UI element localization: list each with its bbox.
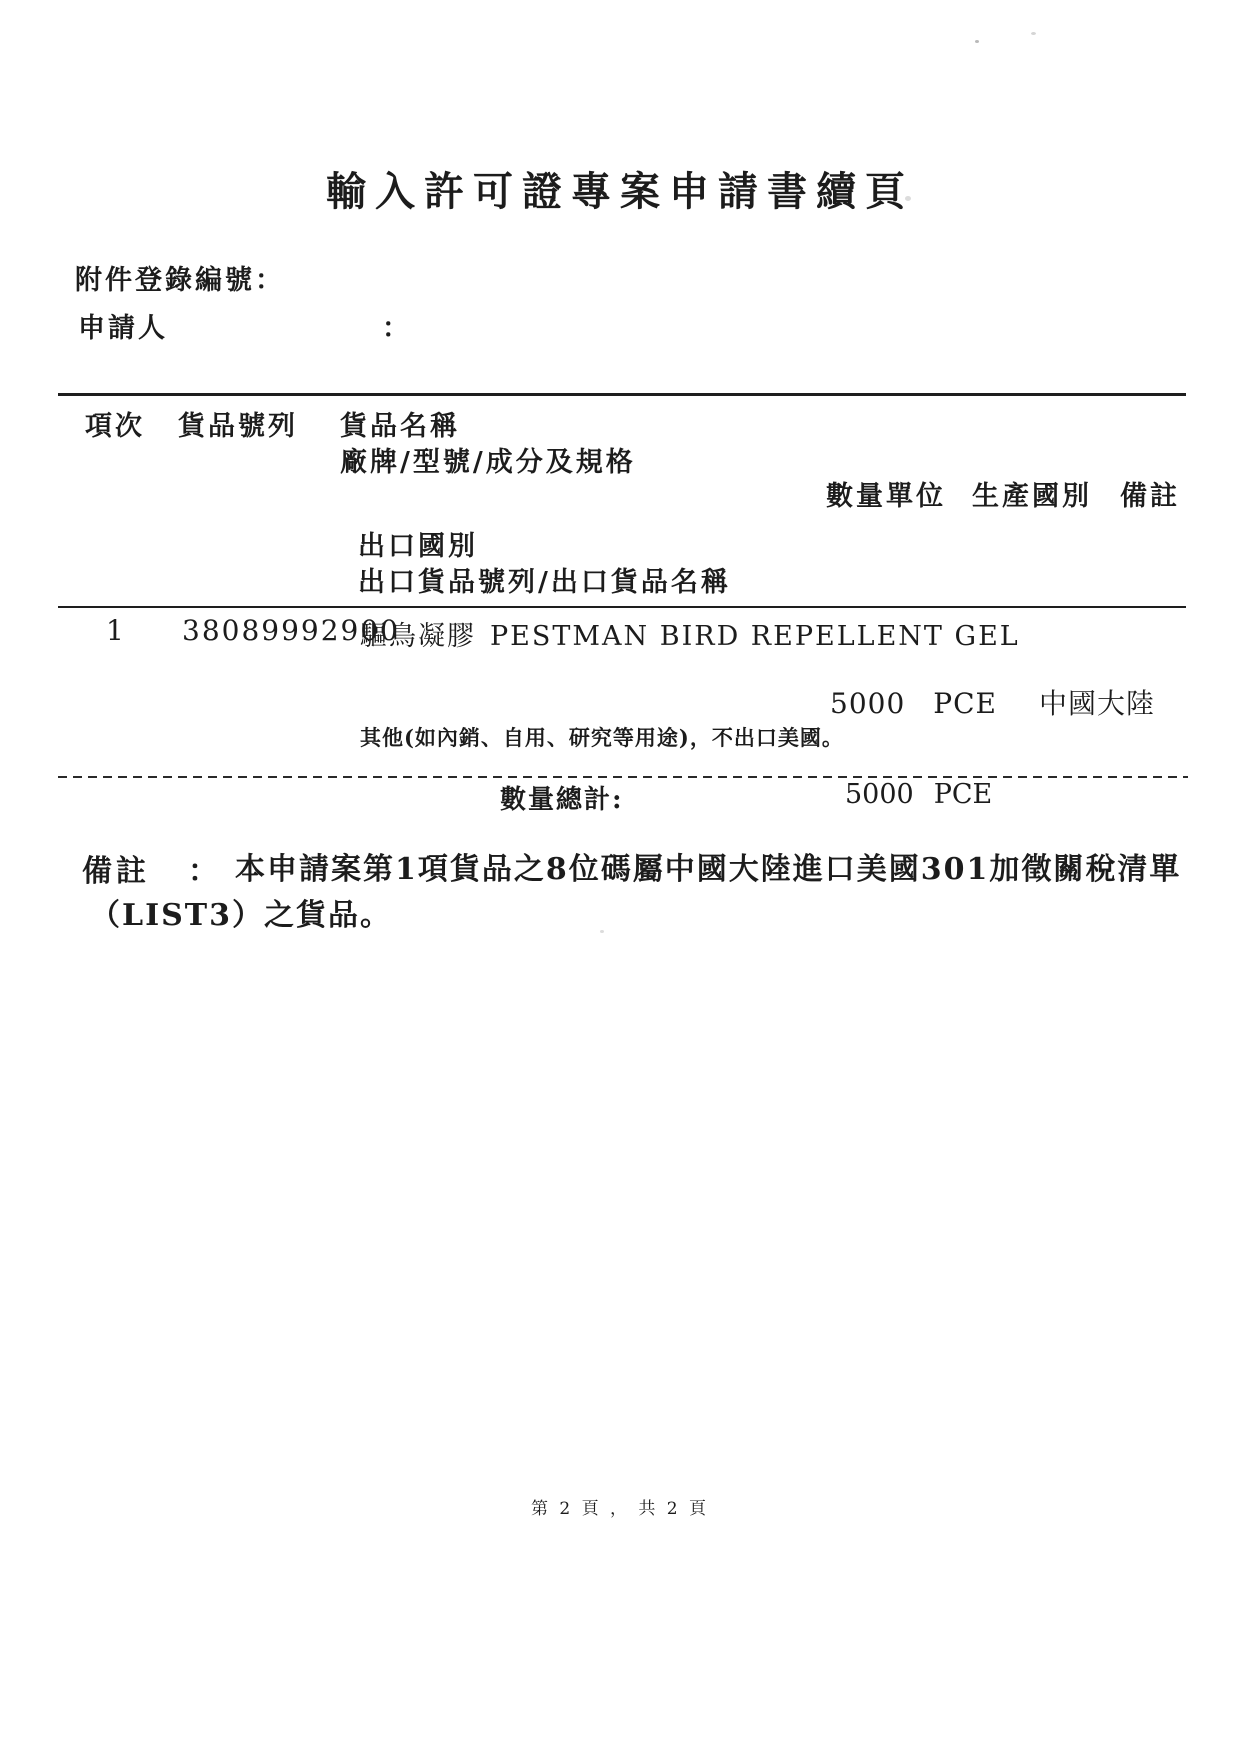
column-header-name: 貨品名稱 [340,404,460,443]
table-header-rule [58,606,1186,608]
scan-artifact [1031,32,1036,35]
column-header-export-code-name: 出口貨品號列/出口貨品名稱 [358,560,731,599]
column-header-export-country: 出口國別 [358,524,478,563]
attachment-number-label: 附件登錄編號： [75,258,285,297]
column-header-remark: 備註 [1120,474,1180,513]
row-usage-note: 其他(如內銷、自用、研究等用途)，不出口美國。 [360,722,844,752]
total-qty: 5000 [845,779,914,810]
total-quantity-label: 數量總計: [500,779,624,816]
column-header-qty-unit: 數量單位 [826,474,946,513]
page-number-footer: 第 2 頁 ， 共 2 頁 [0,1494,1240,1519]
remarks-text-line2: （LIST3）之貨品。 [90,890,392,934]
scan-artifact [975,40,979,43]
row-commodity-name: 驅鳥凝膠PESTMAN BIRD REPELLENT GEL [360,614,1020,653]
row-quantity: 5000 [830,687,905,720]
row-unit: PCE [933,687,997,720]
remarks-colon: ： [188,846,218,890]
row-item-number: 1 [106,614,125,647]
scanned-document-page: 輸入許可證專案申請書續頁 附件登錄編號： 申請人 ： 項次 貨品號列 貨品名稱 … [0,0,1240,1754]
row-commodity-name-zh: 驅鳥凝膠 [360,621,476,652]
applicant-label: 申請人 [78,306,168,345]
remarks-label: 備註 [82,846,150,890]
scan-artifact [600,930,604,933]
column-header-brand-spec: 廠牌/型號/成分及規格 [340,440,636,479]
total-unit: PCE [934,779,993,810]
total-quantity-value: 5000PCE [845,779,992,810]
row-origin-country: 中國大陸 [1039,687,1155,720]
table-top-rule [58,393,1186,396]
scan-artifact [905,196,911,201]
remarks-text-line1: 本申請案第1項貨品之8位碼屬中國大陸進口美國301加徵關稅清單 [235,844,1181,888]
total-dashed-rule [58,776,1188,778]
row-commodity-name-en: PESTMAN BIRD REPELLENT GEL [490,621,1020,652]
row-quantity-line: 5000PCE中國大陸 [830,682,1155,722]
page-title: 輸入許可證專案申請書續頁 [0,160,1240,217]
applicant-colon: ： [382,306,412,345]
column-header-item: 項次 [85,404,145,443]
column-header-origin-country: 生產國別 [972,474,1092,513]
column-header-code: 貨品號列 [178,404,298,443]
